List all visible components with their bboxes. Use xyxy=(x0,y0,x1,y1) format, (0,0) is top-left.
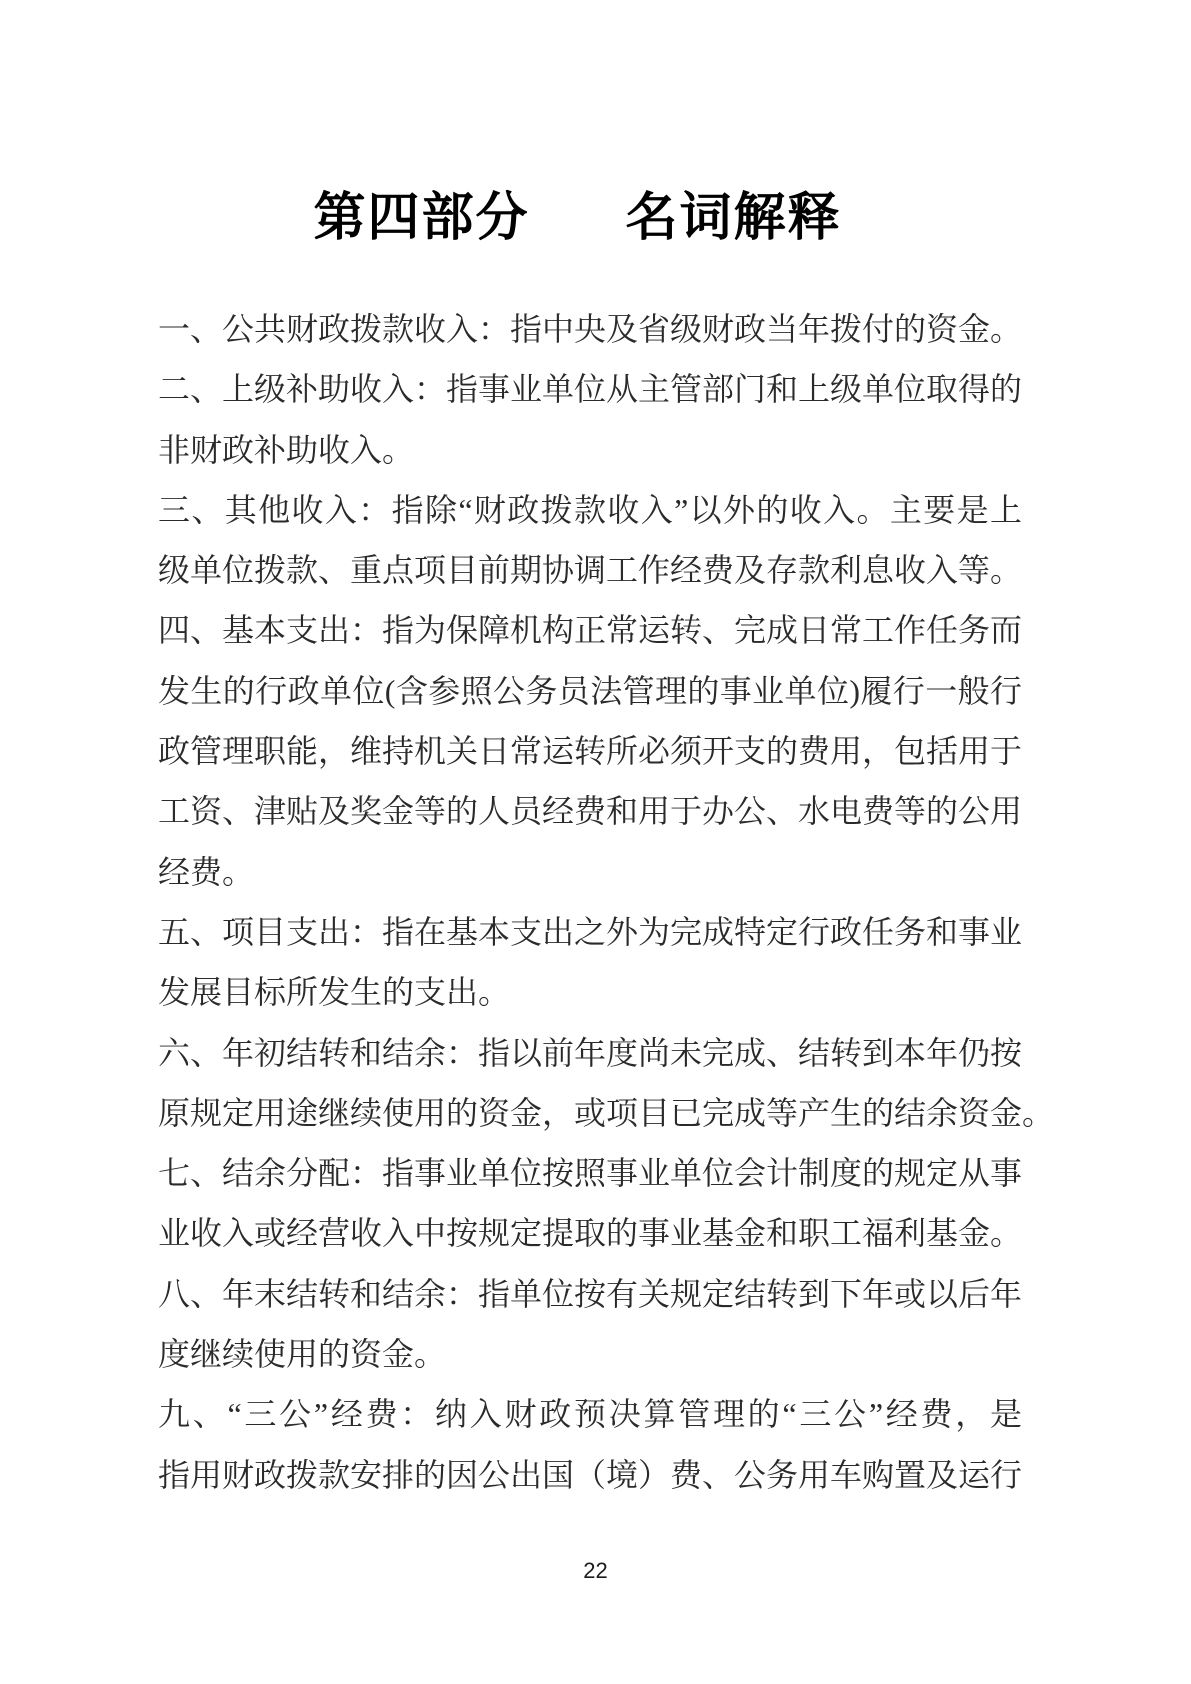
text-line: 三、其他收入：指除“财政拨款收入”以外的收入。主要是上 xyxy=(158,480,1022,540)
document-page: 第四部分名词解释 一、公共财政拨款收入：指中央及省级财政当年拨付的资金。 二、上… xyxy=(0,0,1191,1684)
text-line: 政管理职能，维持机关日常运转所必须开支的费用，包括用于 xyxy=(158,721,1022,781)
text-line: 五、项目支出：指在基本支出之外为完成特定行政任务和事业 xyxy=(158,902,1022,962)
text-line: 级单位拨款、重点项目前期协调工作经费及存款利息收入等。 xyxy=(158,540,1022,600)
text-line: 八、年末结转和结余：指单位按有关规定结转到下年或以后年 xyxy=(158,1264,1022,1324)
text-line: 发展目标所发生的支出。 xyxy=(158,962,1022,1022)
text-line: 六、年初结转和结余：指以前年度尚未完成、结转到本年仍按 xyxy=(158,1023,1022,1083)
text-line: 经费。 xyxy=(158,842,1022,902)
page-number: 22 xyxy=(0,1556,1191,1586)
body-text: 一、公共财政拨款收入：指中央及省级财政当年拨付的资金。 二、上级补助收入：指事业… xyxy=(158,299,1022,1505)
page-title-part-2: 名词解释 xyxy=(626,190,842,247)
text-line: 发生的行政单位(含参照公务员法管理的事业单位)履行一般行 xyxy=(158,661,1022,721)
text-line: 非财政补助收入。 xyxy=(158,420,1022,480)
page-title: 第四部分名词解释 xyxy=(0,190,1191,248)
text-line: 九、“三公”经费：纳入财政预决算管理的“三公”经费，是 xyxy=(158,1384,1022,1444)
text-line: 七、结余分配：指事业单位按照事业单位会计制度的规定从事 xyxy=(158,1143,1022,1203)
title-gap xyxy=(530,234,626,235)
text-line: 业收入或经营收入中按规定提取的事业基金和职工福利基金。 xyxy=(158,1203,1022,1263)
text-line: 二、上级补助收入：指事业单位从主管部门和上级单位取得的 xyxy=(158,359,1022,419)
text-line: 一、公共财政拨款收入：指中央及省级财政当年拨付的资金。 xyxy=(158,299,1022,359)
page-title-part-1: 第四部分 xyxy=(313,190,529,247)
text-line: 工资、津贴及奖金等的人员经费和用于办公、水电费等的公用 xyxy=(158,781,1022,841)
text-line: 四、基本支出：指为保障机构正常运转、完成日常工作任务而 xyxy=(158,600,1022,660)
text-line: 原规定用途继续使用的资金，或项目已完成等产生的结余资金。 xyxy=(158,1083,1022,1143)
text-line: 指用财政拨款安排的因公出国（境）费、公务用车购置及运行 xyxy=(158,1445,1022,1505)
text-line: 度继续使用的资金。 xyxy=(158,1324,1022,1384)
